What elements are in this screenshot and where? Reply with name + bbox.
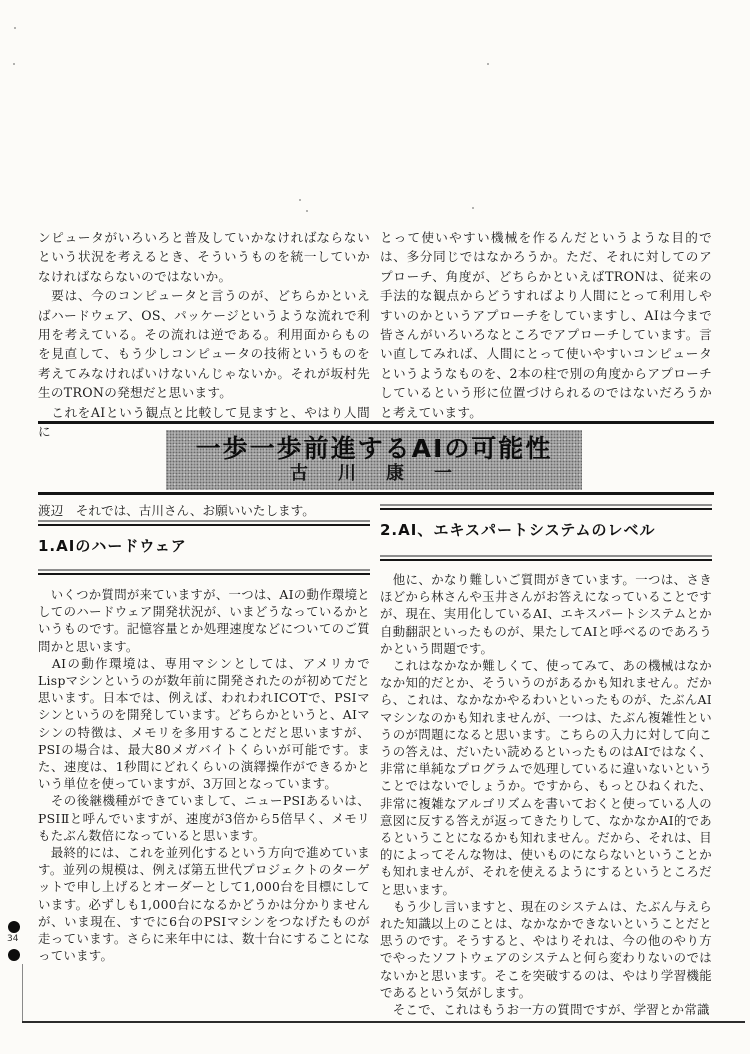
article-title-banner: 一歩一歩前進するAIの可能性 古 川 康 一 (166, 430, 582, 490)
paragraph: とって使いやすい機械を作るんだというような目的では、多分同じではなかろうか。ただ… (380, 228, 712, 422)
page-bottom-rule (22, 1021, 745, 1023)
page-corner-mark (22, 964, 23, 1021)
scan-speck (299, 199, 301, 201)
section-1-rule-bottom (38, 569, 370, 575)
continuation-left-column: ンピュータがいろいろと普及していかなければならないという状況を考えるとき、そうい… (38, 228, 370, 441)
continuation-right-column: とって使いやすい機械を作るんだというような目的では、多分同じではなかろうか。ただ… (380, 228, 712, 422)
paragraph: いくつか質問が来ていますが、一つは、AIの動作環境としてのハードウェア開発状況が… (38, 586, 370, 655)
article-title: 一歩一歩前進するAIの可能性 (196, 435, 553, 463)
moderator-line: 渡辺 それでは、古川さん、お願いいたします。 (38, 502, 378, 520)
paragraph: もう少し言いますと、現在のシステムは、たぶん与えられた知識以上のことは、なかなか… (380, 898, 712, 1001)
paragraph: AIの動作環境は、専用マシンとしては、アメリカでLispマシンというのが数年前に… (38, 655, 370, 793)
section-1-heading: 1.AIのハードウェア (38, 536, 370, 556)
article-author: 古 川 康 一 (290, 463, 458, 485)
paragraph: 最終的には、これを並列化するという方向で進めています。並列の規模は、例えば第五世… (38, 844, 370, 964)
section-2-heading: 2.AI、エキスパートシステムのレベル (380, 520, 712, 540)
paragraph: その後継機種ができていまして、ニューPSIあるいは、PSIⅡと呼んでいますが、速… (38, 792, 370, 844)
page-number: 34 (7, 934, 18, 944)
margin-dot-bottom (8, 949, 20, 961)
section-2-body: 他に、かなり難しいご質問がきています。一つは、さきほどから林さんや玉井さんがお答… (380, 571, 712, 1018)
scanned-article-page: ンピュータがいろいろと普及していかなければならないという状況を考えるとき、そうい… (0, 0, 750, 1054)
margin-dot-top (8, 921, 20, 933)
title-rule-top (38, 421, 714, 424)
scan-speck (13, 63, 15, 65)
section-1-body: いくつか質問が来ていますが、一つは、AIの動作環境としてのハードウェア開発状況が… (38, 586, 370, 964)
scan-speck (14, 27, 16, 29)
scan-speck (306, 210, 308, 212)
paragraph: 要は、今のコンピュータと言うのが、どちらかといえばハードウェア、OS、パッケージ… (38, 286, 370, 402)
scan-speck (472, 207, 474, 209)
section-1-rule-top (38, 520, 370, 526)
section-2-rule-top (380, 504, 712, 510)
paragraph: そこで、これはもうお一方の質問ですが、学習とか常識 (380, 1001, 712, 1018)
title-rule-bottom (38, 492, 714, 495)
paragraph: これはなかなか難しくて、使ってみて、あの機械はなかなか知的だとか、そういうのがあ… (380, 657, 712, 898)
scan-speck (487, 63, 489, 65)
paragraph: ンピュータがいろいろと普及していかなければならないという状況を考えるとき、そうい… (38, 228, 370, 286)
section-2-rule-bottom (380, 555, 712, 561)
paragraph: 他に、かなり難しいご質問がきています。一つは、さきほどから林さんや玉井さんがお答… (380, 571, 712, 657)
